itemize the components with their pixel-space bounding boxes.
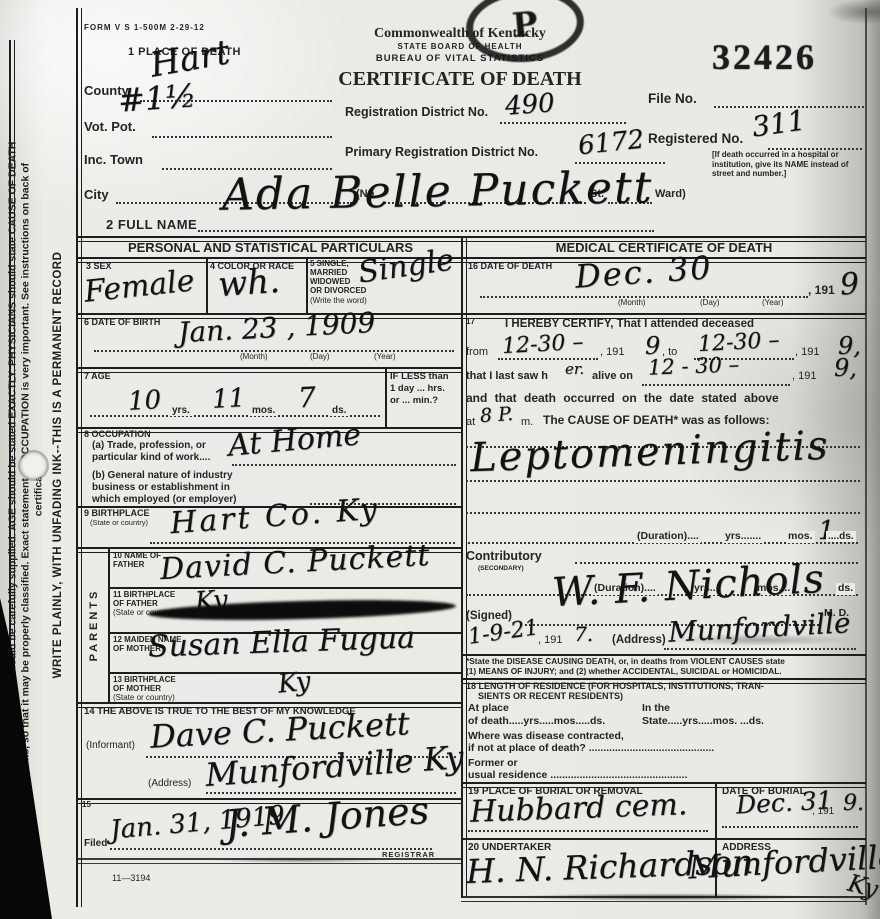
duration-days-label: ....ds. [826, 531, 856, 542]
dotted-line [94, 350, 454, 352]
primary-district-label: Primary Registration District No. [345, 146, 538, 160]
rule [78, 858, 461, 864]
burial-place-value-handwriting: Hubbard cem. [470, 790, 688, 828]
age-note-line: IF LESS than [390, 372, 449, 382]
margin-warning-note: WRITE PLAINLY, WITH UNFADING INK--THIS I… [52, 75, 64, 855]
dotted-line [466, 480, 860, 482]
rule [108, 587, 461, 589]
physician-signature-handwriting: W. F. Nichols [551, 559, 826, 613]
printed-year-prefix: , 191 [538, 634, 562, 646]
state-duration-line: State.....yrs.....mos. ...ds. [642, 716, 764, 728]
from-label: from [466, 346, 488, 358]
item-17-number: 17 [466, 318, 475, 327]
signed-address-label: (Address) [612, 634, 666, 647]
printed-year-prefix: , 191 [600, 346, 624, 358]
date-of-death-value-handwriting: Dec. 30 [574, 251, 713, 293]
secondary-label: (SECONDARY) [478, 565, 524, 572]
precinct-value-handwriting: #1½ [117, 79, 197, 116]
death-certificate-scan: N. B.--Every item of information should … [0, 0, 880, 919]
certify-line: I HEREBY CERTIFY, That I attended deceas… [505, 318, 754, 331]
informant-label: (Informant) [86, 740, 135, 751]
to-date-handwriting: 12-30 – [697, 330, 779, 356]
birthplace-hint: (State or country) [90, 519, 148, 527]
disease-contracted-line: if not at place of death? ..............… [468, 743, 714, 755]
full-name-label: 2 FULL NAME [106, 218, 197, 232]
father-name-label-line: FATHER [113, 561, 144, 570]
dotted-line [722, 826, 858, 828]
certificate-title: CERTIFICATE OF DEATH [335, 68, 585, 90]
occupation-b-line: (b) General nature of industry [92, 470, 233, 481]
age-years-unit: yrs. [170, 405, 192, 416]
burial-year-digit-handwriting: 9. [843, 793, 864, 815]
death-year-digit-handwriting: 9 [839, 269, 860, 300]
sex-label: 3 SEX [86, 262, 112, 272]
year-label: (Year) [760, 299, 786, 308]
primary-district-value: 6172 [577, 127, 646, 160]
footnote-line: (1) MEANS OF INJURY; and (2) whether ACC… [466, 667, 782, 676]
occupation-a-line: (a) Trade, profession, or [92, 440, 206, 451]
parents-label: PARENTS [88, 589, 100, 662]
marital-hint: (Write the word) [310, 297, 367, 306]
duration-label: (Duration).... [635, 531, 701, 543]
registered-no-value: 311 [750, 106, 807, 141]
duration-years-label: yrs....... [723, 531, 763, 543]
printed-year-prefix: , 191 [812, 806, 834, 817]
rule [461, 896, 866, 902]
age-note-line: 1 day ... hrs. [390, 384, 445, 394]
dob-label: 6 DATE OF BIRTH [84, 318, 160, 328]
dotted-line [198, 230, 654, 232]
registered-no-label: Registered No. [648, 132, 743, 147]
marital-label-line: OR DIVORCED [310, 287, 366, 296]
occupation-b-line: business or establishment in [92, 482, 230, 493]
certificate-number: 32426 [712, 36, 817, 78]
last-saw-year-digit-handwriting: 9, [834, 356, 857, 380]
footnote-line: *State the DISEASE CAUSING DEATH, or, in… [466, 657, 785, 666]
date-of-death-label: 16 DATE OF DEATH [468, 262, 552, 272]
registration-district-label: Registration District No. [345, 106, 488, 120]
dob-value-handwriting: Jan. 23 , 1909 [177, 309, 376, 347]
dotted-line [466, 512, 860, 514]
parents-strip-divider [108, 547, 110, 703]
at-label: at [466, 416, 475, 428]
disease-contracted-line: Where was disease contracted, [468, 731, 624, 743]
full-name-value-handwriting: Ada Belle Puckett [222, 166, 654, 218]
item-15-number: 15 [82, 801, 91, 810]
document-right-border [865, 8, 867, 905]
color-race-value-handwriting: wh. [217, 264, 281, 302]
registration-district-value: 490 [504, 90, 555, 119]
last-saw-date-handwriting: 12 - 30 – [648, 354, 740, 378]
duration-months-label: mos. [786, 531, 815, 543]
file-no-label: File No. [648, 92, 697, 107]
document-left-border [76, 8, 82, 907]
age-days-value: 7 [297, 384, 316, 413]
hospital-note: [If death occurred in a hospital or inst… [712, 150, 870, 179]
death-time-handwriting: 8 P. [479, 405, 513, 426]
occupation-value-handwriting: At Home [227, 420, 362, 461]
cause-of-death-value-handwriting: Leptomeningitis [469, 426, 830, 479]
county-value-handwriting: Hart [148, 35, 233, 82]
dotted-line [152, 136, 332, 138]
printed-year-prefix: , 191 [808, 284, 835, 297]
last-saw-pronoun-handwriting: er. [565, 362, 584, 377]
signed-year-digit-handwriting: 7. [574, 624, 593, 644]
mother-maiden-value-handwriting: Susan Ella Fugua [148, 623, 416, 662]
former-residence-line: usual residence ........................… [468, 770, 687, 782]
residence-title-line: SIENTS OR RECENT RESIDENTS) [478, 692, 623, 702]
contributory-label: Contributory [466, 550, 542, 564]
hole-punch [20, 452, 47, 479]
occupation-a-line: particular kind of work.... [92, 452, 210, 463]
age-label: 7 AGE [84, 372, 111, 382]
at-place-label: At place [468, 703, 509, 715]
form-number-footer: 11—3194 [112, 874, 150, 884]
dotted-line [664, 648, 856, 650]
dotted-line [232, 464, 456, 466]
city-label: City [84, 188, 109, 202]
dotted-line [575, 162, 665, 164]
signed-address-value-handwriting: Munfordville [667, 609, 851, 647]
informant-address-label: (Address) [148, 778, 191, 789]
printed-year-prefix: , 191 [792, 370, 816, 382]
ward-label: Ward) [655, 188, 686, 200]
month-label: (Month) [616, 299, 648, 308]
inc-town-label: Inc. Town [84, 153, 143, 167]
cell-divider [385, 367, 387, 428]
age-months-value: 11 [211, 385, 245, 413]
alive-on-label: alive on [592, 370, 633, 382]
sex-value-handwriting: Female [83, 266, 196, 307]
in-the-label: In the [642, 703, 670, 715]
column-divider [461, 236, 467, 898]
filed-label: Filed [84, 838, 107, 849]
cell-divider [306, 257, 308, 314]
former-residence-line: Former or [468, 758, 518, 770]
age-days-unit: ds. [330, 405, 348, 416]
duration-days-label: ds. [836, 583, 855, 595]
age-months-unit: mos. [250, 405, 277, 416]
dotted-line [468, 830, 708, 832]
day-label: (Day) [308, 353, 332, 362]
form-code: FORM V S 1-500M 2-29-12 [84, 24, 205, 33]
last-saw-prefix: that I last saw h [466, 370, 548, 382]
month-label: (Month) [238, 353, 270, 362]
death-occurred-line: and that death occurred on the date stat… [466, 392, 779, 405]
mother-birthplace-value-handwriting: Ky [277, 668, 312, 697]
day-label: (Day) [698, 299, 722, 308]
meridiem-label: m. [521, 416, 533, 428]
rule [461, 838, 866, 840]
stamp-letter: P [511, 4, 540, 46]
dotted-line [642, 384, 790, 386]
printed-year-prefix: , 191 [795, 346, 819, 358]
year-label: (Year) [372, 353, 398, 362]
cell-divider [206, 257, 208, 314]
age-note-line: or ... min.? [390, 396, 438, 406]
age-years-value: 10 [127, 387, 161, 415]
from-date-handwriting: 12-30 – [501, 332, 583, 358]
precinct-label: Vot. Pot. [84, 120, 136, 134]
of-death-duration-line: of death.....yrs.....mos.....ds. [468, 716, 605, 728]
occupation-label: 8 OCCUPATION [84, 430, 151, 440]
dotted-line [500, 122, 626, 124]
